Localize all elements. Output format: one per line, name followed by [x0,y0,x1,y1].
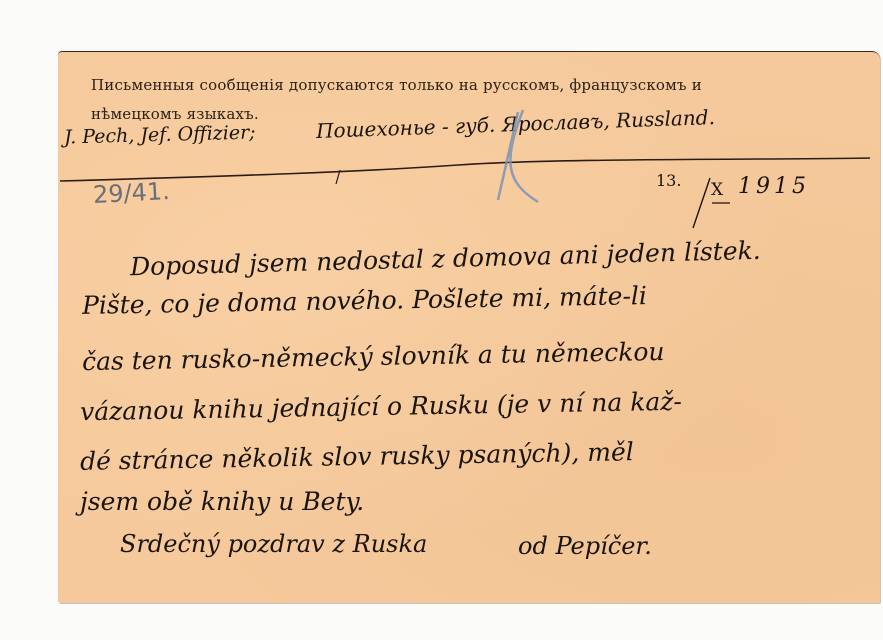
message-line: jsem obě knihy u Bety. [80,487,364,516]
postcard: Письменныя сообщенія допускаются только … [58,51,880,603]
closing-greeting: Srdečný pozdrav z Ruska [120,530,427,558]
date-day: 13. [656,171,681,190]
blue-pencil-k-mark [498,110,538,202]
reference-number: 29/41. [92,177,170,209]
date-year: 1915 [738,174,810,199]
closing-signature: od Pepíčer. [518,532,652,560]
divider-and-marks [58,52,880,603]
date-month: X [711,180,723,200]
